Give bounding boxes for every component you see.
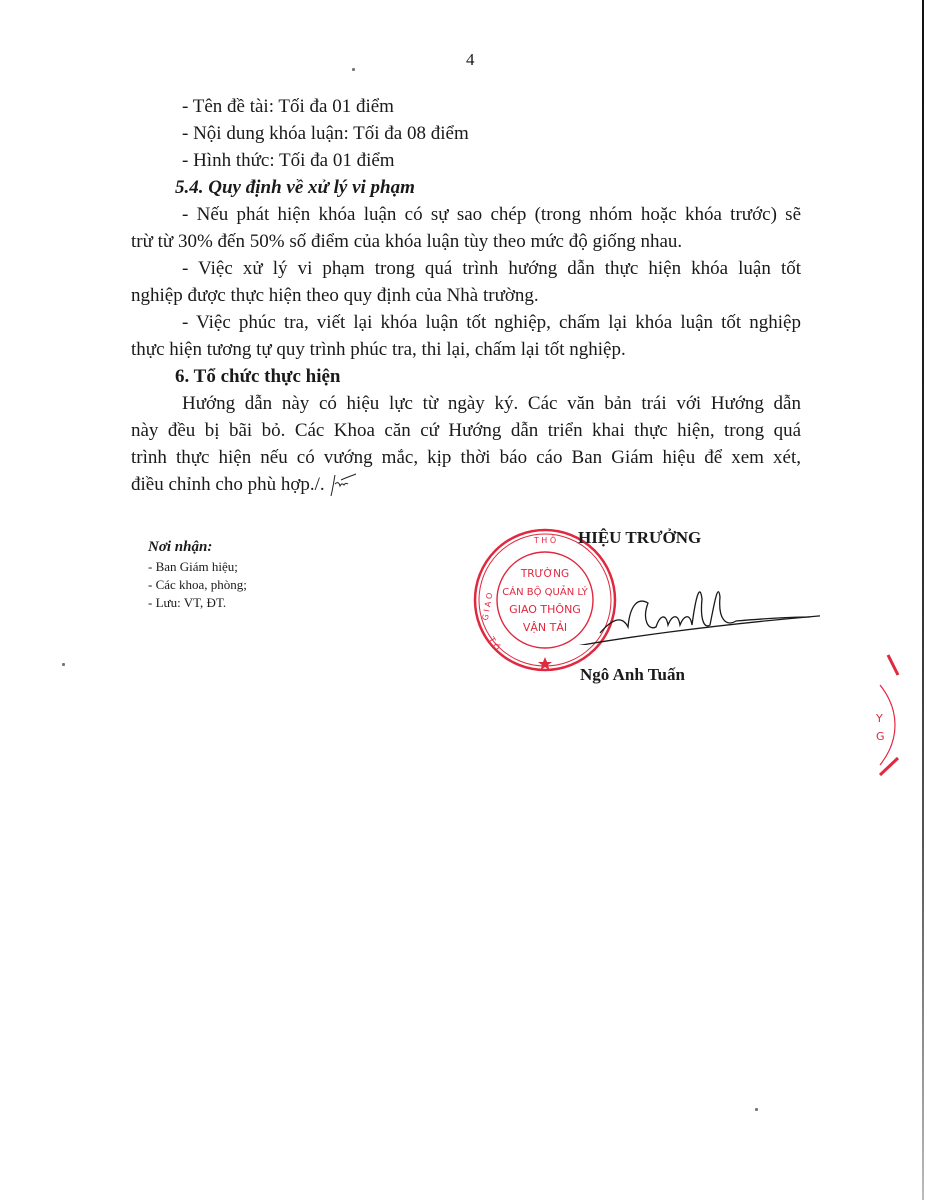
recipient-item: - Các khoa, phòng; xyxy=(148,576,247,594)
paragraph-line: Hướng dẫn này có hiệu lực từ ngày ký. Cá… xyxy=(131,390,801,417)
recipient-item: - Ban Giám hiệu; xyxy=(148,558,247,576)
paragraph-line: này đều bị bãi bỏ. Các Khoa căn cứ Hướng… xyxy=(131,417,801,444)
svg-text:T H Ô: T H Ô xyxy=(533,534,556,545)
signer-name: Ngô Anh Tuấn xyxy=(580,665,685,685)
paragraph-line: trừ từ 30% đến 50% số điểm của khóa luận… xyxy=(131,228,801,255)
paragraph-line: trình thực hiện nếu có vướng mắc, kịp th… xyxy=(131,444,801,471)
partial-seal-stamp-icon: Y G xyxy=(860,640,910,780)
svg-text:Y: Y xyxy=(875,712,883,725)
paragraph-line: - Nếu phát hiện khóa luận có sự sao chép… xyxy=(131,201,801,228)
paragraph-line: điều chỉnh cho phù hợp./. xyxy=(131,474,325,495)
criteria-item: - Nội dung khóa luận: Tối đa 08 điểm xyxy=(131,120,801,147)
svg-text:G: G xyxy=(876,730,885,743)
recipient-item: - Lưu: VT, ĐT. xyxy=(148,594,247,612)
section-heading-6: 6. Tổ chức thực hiện xyxy=(131,363,801,390)
signature-block: TRƯỜNG CÁN BỘ QUẢN LÝ GIAO THÔNG VẬN TẢI… xyxy=(470,520,830,700)
recipients-title: Nơi nhận: xyxy=(148,536,247,558)
criteria-item: - Hình thức: Tối đa 01 điểm xyxy=(131,147,801,174)
scan-speck xyxy=(352,68,355,71)
handwritten-signature-icon xyxy=(530,575,820,645)
signer-title: HIỆU TRƯỞNG xyxy=(578,528,701,548)
paragraph-last-line: điều chỉnh cho phù hợp./. xyxy=(131,471,801,498)
initials-signature-icon xyxy=(327,472,357,498)
scan-speck xyxy=(755,1108,758,1111)
paragraph-line: thực hiện tương tự quy trình phúc tra, t… xyxy=(131,336,801,363)
recipients-block: Nơi nhận: - Ban Giám hiệu; - Các khoa, p… xyxy=(148,536,247,612)
document-body: - Tên đề tài: Tối đa 01 điểm - Nội dung … xyxy=(131,93,801,498)
scan-speck xyxy=(62,663,65,666)
section-heading-5-4: 5.4. Quy định về xử lý vi phạm xyxy=(131,174,801,201)
page-number: 4 xyxy=(466,50,475,70)
paragraph-line: - Việc phúc tra, viết lại khóa luận tốt … xyxy=(131,309,801,336)
criteria-item: - Tên đề tài: Tối đa 01 điểm xyxy=(131,93,801,120)
svg-text:G I A O: G I A O xyxy=(481,592,495,621)
paragraph-line: nghiệp được thực hiện theo quy định của … xyxy=(131,282,801,309)
scanned-page-edge xyxy=(922,0,924,1200)
paragraph-line: - Việc xử lý vi phạm trong quá trình hướ… xyxy=(131,255,801,282)
